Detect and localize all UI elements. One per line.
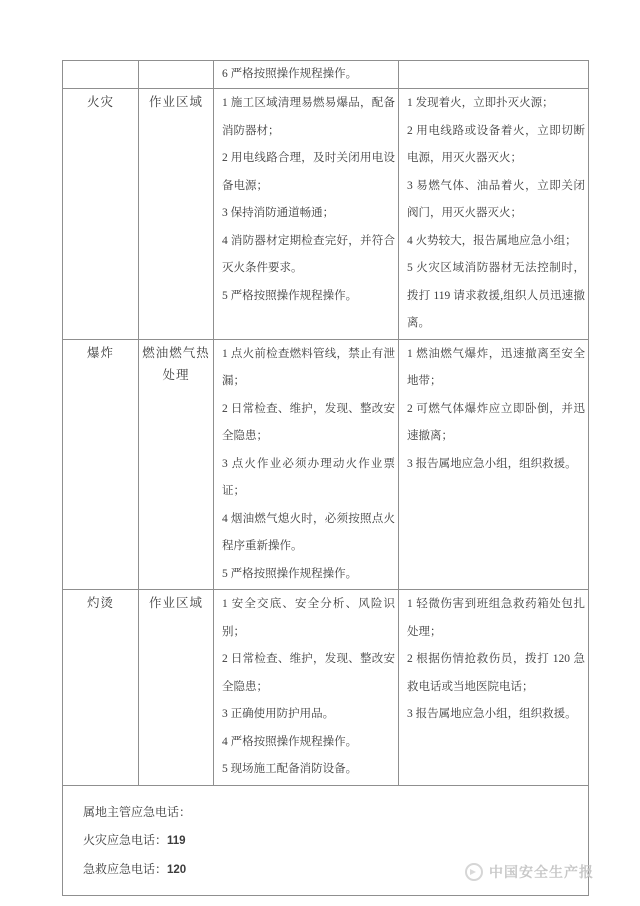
prevention-cell: 1 安全交底、安全分析、风险识别；2 日常检查、维护，发现、整改安全隐患；3 正…: [214, 590, 399, 786]
measure-line: 4 火势较大，报告属地应急小组；: [407, 228, 585, 256]
response-cell: 1 发现着火，立即扑灭火源；2 用电线路或设备着火，立即切断电源，用灭火器灭火；…: [399, 89, 589, 340]
measure-line: 2 日常检查、维护，发现、整改安全隐患；: [222, 396, 395, 451]
measure-line: 3 报告属地应急小组，组织救援。: [407, 451, 585, 479]
measure-line: 4 严格按照操作规程操作。: [222, 729, 395, 757]
phone-number: 119: [167, 835, 186, 847]
phone-line: 属地主管应急电话：: [83, 798, 578, 826]
measure-line: 2 用电线路合理，及时关闭用电设备电源；: [222, 145, 395, 200]
measure-line: 2 用电线路或设备着火，立即切断电源，用灭火器灭火；: [407, 118, 585, 173]
response-cell: 1 轻微伤害到班组急救药箱处包扎处理；2 根据伤情抢救伤员，拨打 120 急救电…: [399, 590, 589, 786]
measure-line: 1 安全交底、安全分析、风险识别；: [222, 591, 395, 646]
measure-line: 5 严格按照操作规程操作。: [222, 283, 395, 311]
measure-line: 5 火灾区域消防器材无法控制时，拨打 119 请求救援,组织人员迅速撤离。: [407, 255, 585, 338]
table-row: 火灾作业区域1 施工区域清理易燃易爆品，配备消防器材；2 用电线路合理，及时关闭…: [63, 89, 589, 340]
table-row: 6 严格按照操作规程操作。: [63, 61, 589, 89]
prevention-cell: 6 严格按照操作规程操作。: [214, 61, 399, 89]
hazard-cell: 爆炸: [63, 339, 139, 590]
measure-line: 1 燃油燃气爆炸，迅速撤离至安全地带；: [407, 341, 585, 396]
risk-table: 6 严格按照操作规程操作。火灾作业区域1 施工区域清理易燃易爆品，配备消防器材；…: [62, 60, 589, 896]
location-cell: [139, 61, 214, 89]
measure-line: 3 正确使用防护用品。: [222, 701, 395, 729]
location-cell: 燃油燃气热处理: [139, 339, 214, 590]
measure-line: 3 易燃气体、油品着火，立即关闭阀门，用灭火器灭火；: [407, 173, 585, 228]
phone-line: 火灾应急电话：119: [83, 826, 578, 855]
hazard-cell: [63, 61, 139, 89]
measure-line: 5 现场施工配备消防设备。: [222, 756, 395, 784]
measure-line: 4 消防器材定期检查完好，并符合灭火条件要求。: [222, 228, 395, 283]
location-cell: 作业区域: [139, 89, 214, 340]
phone-number: 120: [167, 864, 186, 876]
table-row: 爆炸燃油燃气热处理1 点火前检查燃料管线，禁止有泄漏；2 日常检查、维护，发现、…: [63, 339, 589, 590]
response-cell: [399, 61, 589, 89]
newspaper-logo-icon: [465, 863, 483, 881]
measure-line: 1 轻微伤害到班组急救药箱处包扎处理；: [407, 591, 585, 646]
measure-line: 5 严格按照操作规程操作。: [222, 561, 395, 589]
measure-line: 3 保持消防通道畅通；: [222, 200, 395, 228]
table-row: 灼烫作业区域1 安全交底、安全分析、风险识别；2 日常检查、维护，发现、整改安全…: [63, 590, 589, 786]
prevention-cell: 1 点火前检查燃料管线，禁止有泄漏；2 日常检查、维护，发现、整改安全隐患；3 …: [214, 339, 399, 590]
measure-line: 1 施工区域清理易燃易爆品，配备消防器材；: [222, 90, 395, 145]
risk-table-body: 6 严格按照操作规程操作。火灾作业区域1 施工区域清理易燃易爆品，配备消防器材；…: [63, 61, 589, 896]
measure-line: 3 点火作业必须办理动火作业票证；: [222, 451, 395, 506]
phone-label: 属地主管应急电话：: [83, 805, 191, 819]
phone-label: 火灾应急电话：: [83, 833, 167, 847]
measure-line: 3 报告属地应急小组，组织救援。: [407, 701, 585, 729]
measure-line: 4 烟油燃气熄火时，必须按照点火程序重新操作。: [222, 506, 395, 561]
phone-label: 急救应急电话：: [83, 862, 167, 876]
response-cell: 1 燃油燃气爆炸，迅速撤离至安全地带；2 可燃气体爆炸应立即卧倒，并迅速撤离；3…: [399, 339, 589, 590]
measure-line: 2 日常检查、维护，发现、整改安全隐患；: [222, 646, 395, 701]
prevention-cell: 1 施工区域清理易燃易爆品，配备消防器材；2 用电线路合理，及时关闭用电设备电源…: [214, 89, 399, 340]
measure-line: 2 可燃气体爆炸应立即卧倒，并迅速撤离；: [407, 396, 585, 451]
publisher-watermark: 中国安全生产报: [465, 862, 594, 882]
hazard-cell: 灼烫: [63, 590, 139, 786]
measure-line: 1 点火前检查燃料管线，禁止有泄漏；: [222, 341, 395, 396]
location-cell: 作业区域: [139, 590, 214, 786]
hazard-cell: 火灾: [63, 89, 139, 340]
document-page: 6 严格按照操作规程操作。火灾作业区域1 施工区域清理易燃易爆品，配备消防器材；…: [0, 0, 640, 906]
measure-line: 2 根据伤情抢救伤员，拨打 120 急救电话或当地医院电话；: [407, 646, 585, 701]
measure-line: 6 严格按照操作规程操作。: [222, 62, 395, 87]
publisher-name: 中国安全生产报: [489, 862, 594, 882]
measure-line: 1 发现着火，立即扑灭火源；: [407, 90, 585, 118]
